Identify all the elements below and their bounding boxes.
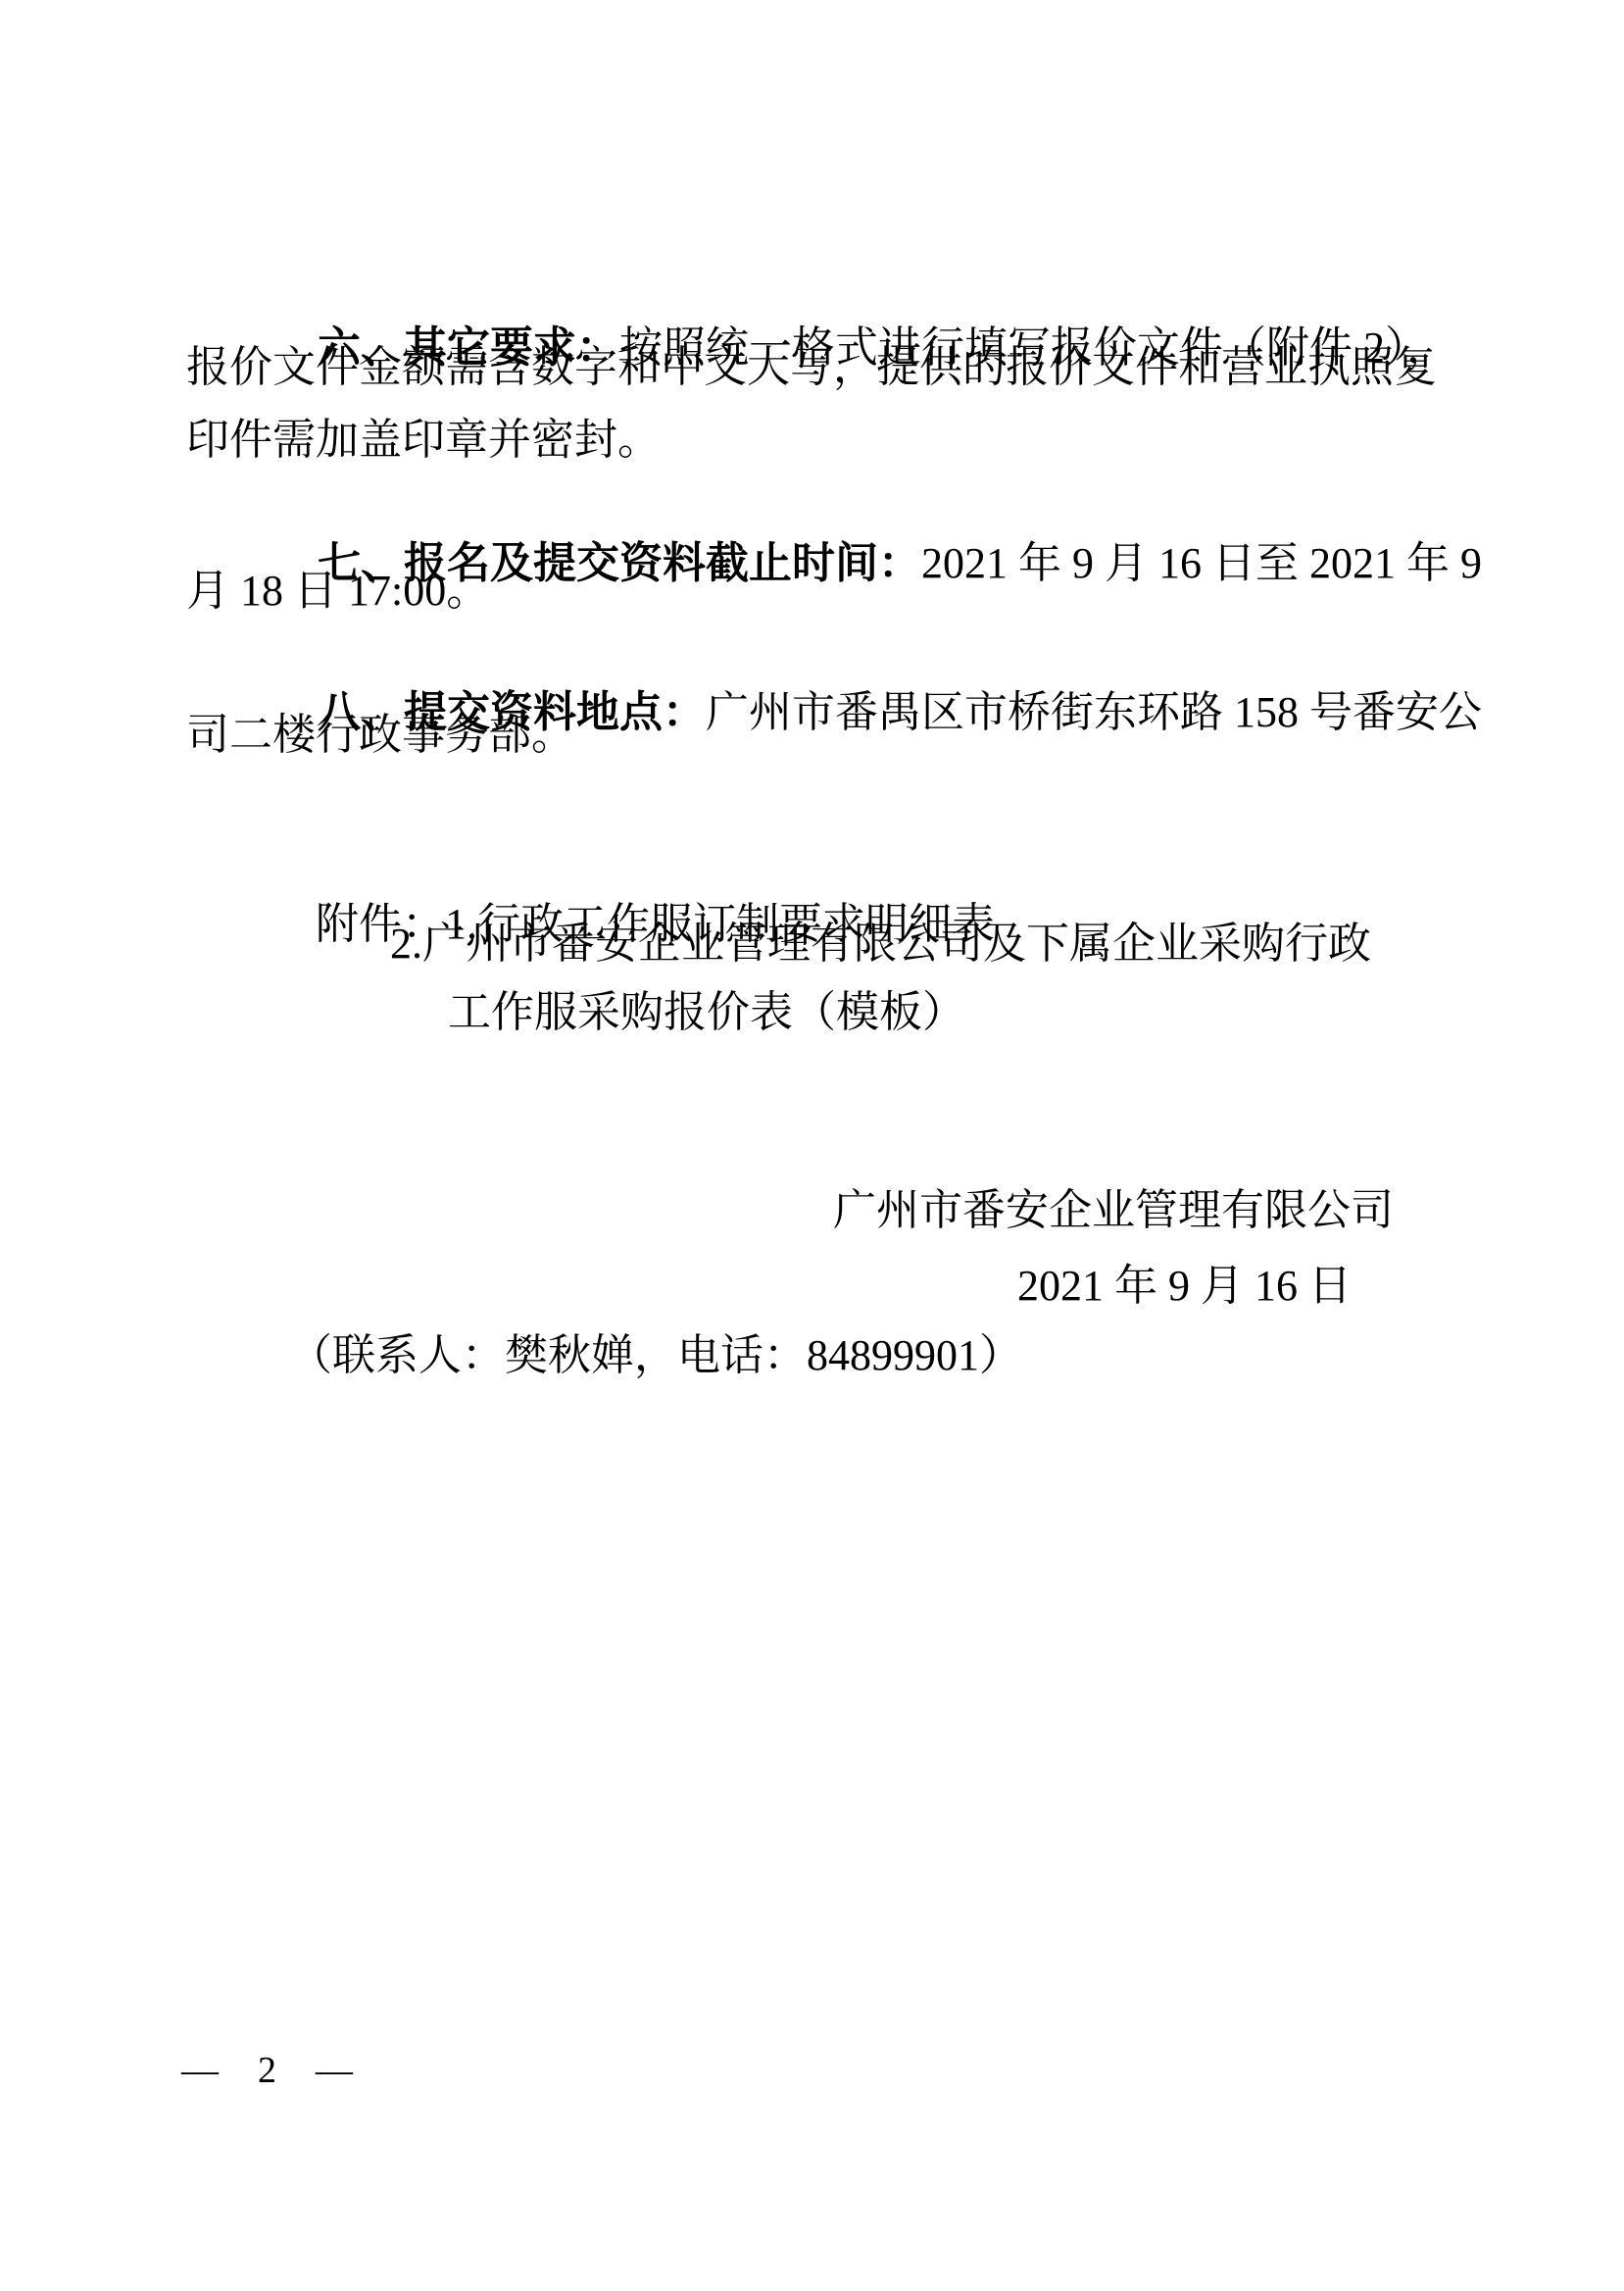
section-6-line-3: 印件需加盖印章并密封。 bbox=[186, 416, 661, 465]
attachment-item-2-line-2: 工作服采购报价表（模板） bbox=[448, 988, 965, 1037]
section-7-text: 2021 年 9 月 16 日至 2021 年 9 bbox=[921, 539, 1482, 587]
document-page: 六、其它要求：按照统一格式进行填写报价文件（附件 2）， 报价文件金额需含数字和… bbox=[0, 0, 1624, 2291]
page-number: — 2 — bbox=[181, 2049, 360, 2092]
section-8-text: 广州市番禺区市桥街东环路 158 号番安公 bbox=[706, 688, 1482, 736]
signature-company-name: 广州市番安企业管理有限公司 bbox=[833, 1186, 1394, 1235]
signature-date: 2021 年 9 月 16 日 bbox=[1017, 1262, 1352, 1311]
section-7-line-2: 月 18 日 17:00。 bbox=[186, 567, 489, 616]
contact-line: （联系人：樊秋婵，电话：84899901） bbox=[289, 1331, 1022, 1380]
attachment-item-2-line-1: 2.广州市番安企业管理有限公司及下属企业采购行政 bbox=[390, 920, 1371, 969]
section-8-line-2: 司二楼行政事务部。 bbox=[186, 711, 574, 760]
section-6-line-2: 报价文件金额需含数字和中文大写，提供的报价文件和营业执照复 bbox=[186, 343, 1437, 392]
